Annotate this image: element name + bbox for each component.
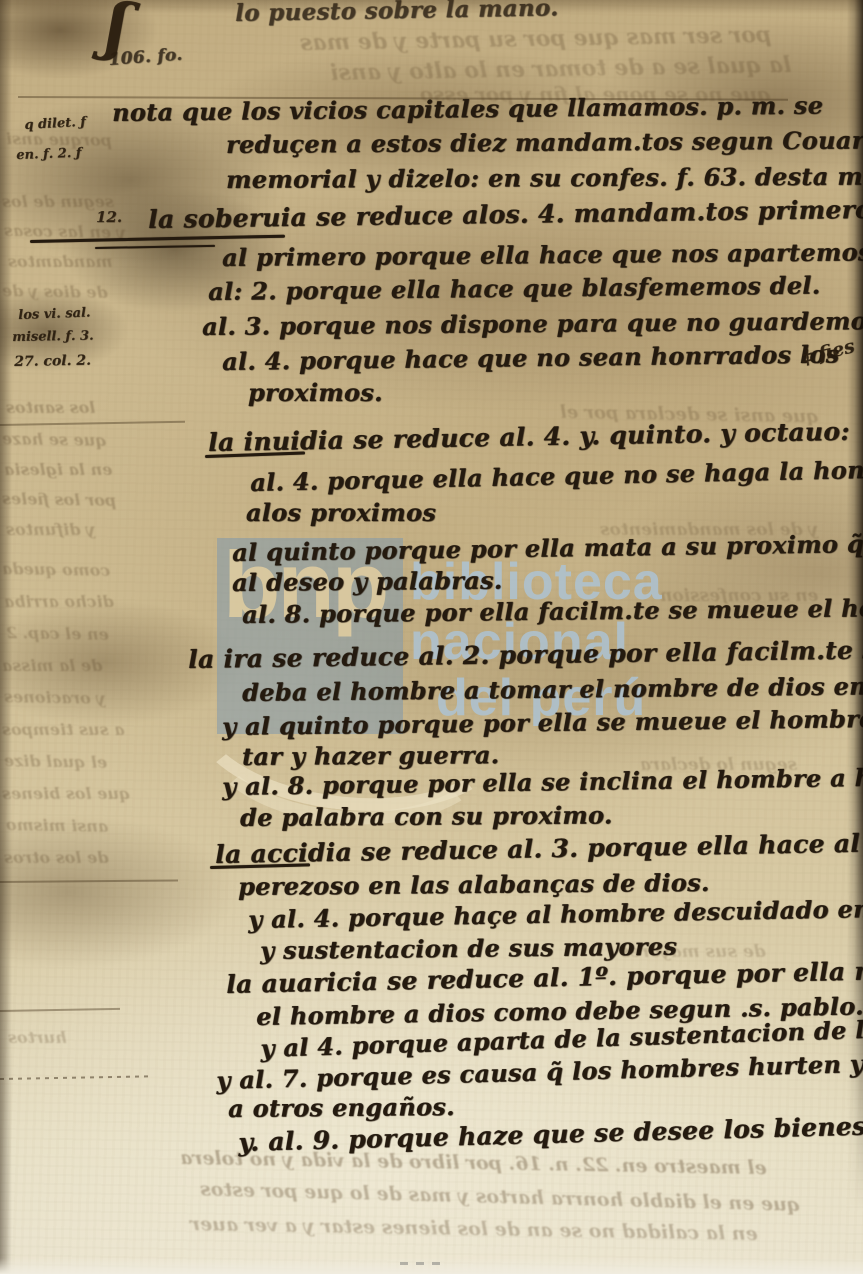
crease-line [0,421,185,426]
bleedthrough-text: a sus tiempos [2,720,125,739]
bleedthrough-text: mandamtos [8,252,112,271]
manuscript-line: a otros engaños. [228,1092,455,1123]
manuscript-line: al deseo y palabras. [232,566,503,597]
manuscript-line: al. 4. porque ella hace que no se haga l… [250,452,863,497]
bleedthrough-text: de la missa [2,656,102,675]
bleedthrough-text: hurtos [8,1028,67,1047]
left-edge-shadow [0,0,12,1274]
manuscript-line: perezoso en las alabanças de dios. [238,868,710,901]
bleedthrough-text: y difuntos [6,520,95,539]
bleedthrough-text: en la iglesia [4,460,112,479]
bleedthrough-text: de dios y de [2,281,108,302]
manuscript-line: de palabra con su proximo. [240,800,613,832]
bleedthrough-text: que en el diablo honrra hartos y mas de … [200,1178,801,1216]
bleedthrough-text: que se haze [2,429,107,450]
bleedthrough-text: dicho arriba [4,592,114,611]
margin-note: 12. [96,208,122,226]
manuscript-line: alos proximos [246,498,436,527]
manuscript-line: la accidia se reduce al. 3. porque ella … [215,827,863,869]
bleedthrough-text: por los fieles [2,489,117,510]
margin-note: 27. col. 2. [14,353,91,370]
manuscript-line: y sustentacion de sus mayores [260,932,677,965]
manuscript-line: memorial y dizelo: en su confes. f. 63. … [226,161,863,194]
bleedthrough-text: de los otros [4,848,108,867]
manuscript-line: tar y hazer guerra. [242,740,499,771]
bleedthrough-text: los santos [6,398,95,417]
bleedthrough-text: que los bienes [2,784,130,803]
bleedthrough-text: como queda [2,559,110,580]
top-edge-shadow [0,0,863,14]
margin-note: q dilet. ƒ [24,115,86,133]
margin-note: en. ƒ. 2. ƒ [16,146,82,163]
bleedthrough-text: la qual se a de tomar en lo alto y ansi [330,52,792,86]
manuscript-line: al. 3. porque nos dispone para que no gu… [202,306,863,341]
manuscript-line: proximos. [248,378,383,407]
bleedthrough-text: el qual dize [4,751,108,772]
scanner-mark [400,1262,448,1265]
margin-note: los vi. sal. [18,305,91,323]
bleedthrough-text: en la calidad no se an de los bienes est… [190,1213,758,1245]
manuscript-line: la soberuia se reduce alos. 4. mandam.to… [148,195,863,234]
manuscript-line: reduçen a estos diez mandam.tos segun Co… [226,125,863,159]
manuscript-line: al: 2. porque ella hace que blasfememos … [208,271,821,306]
manuscript-line: al. 4. porque hace que no sean honrrados… [222,339,840,376]
bleedthrough-text: por ser mas que por su parte y de mas [300,22,772,56]
ink-underline [95,245,215,249]
right-edge-shadow [847,0,863,1274]
crease-line [0,1008,120,1012]
bleedthrough-text: en el cap. 2 [6,623,109,644]
manuscript-line: nota que los vicios capitales que llamam… [112,91,823,127]
bleedthrough-text: ansi mismo [6,815,109,836]
bottom-light-band [0,1258,863,1274]
crease-line [0,1075,148,1079]
manuscript-line: deba el hombre a tomar el nombre de dios… [242,671,863,707]
manuscript-line: al primero porque ella hace que nos apar… [222,236,863,272]
manuscript-page: por ser mas que por su parte y de masla … [0,0,863,1274]
margin-note: misell. ƒ. 3. [12,329,94,345]
bleedthrough-text: y oraciones [4,687,106,708]
crease-line [0,879,178,882]
